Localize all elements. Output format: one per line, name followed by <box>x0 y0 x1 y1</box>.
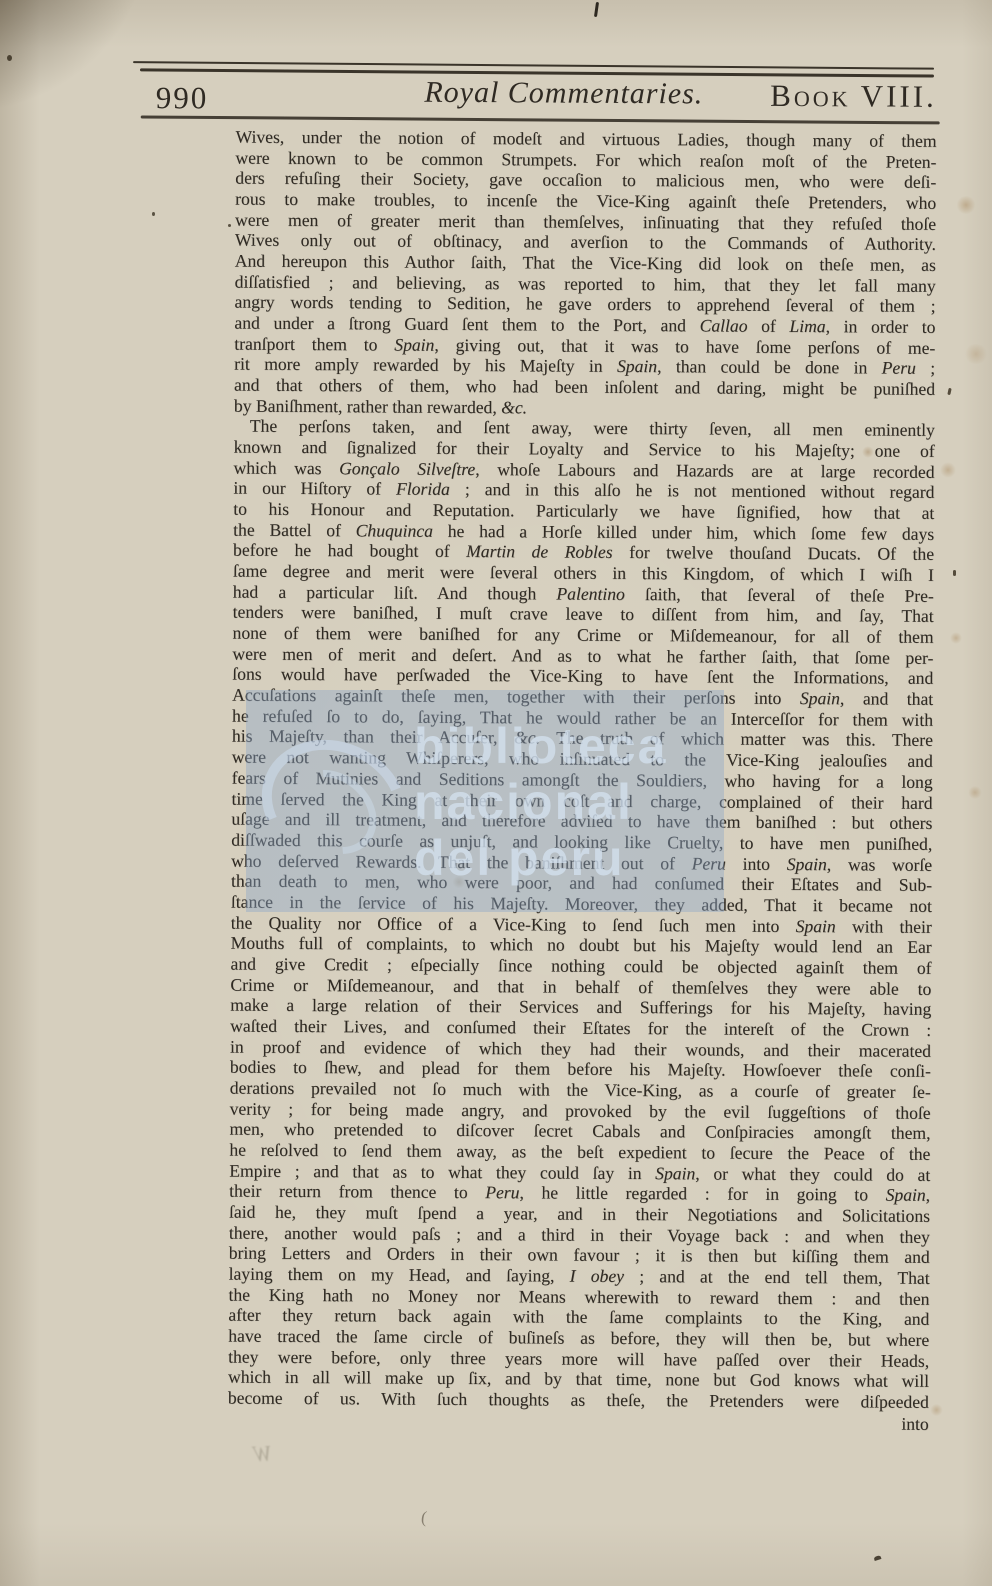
showthrough-mark: W <box>253 1440 273 1467</box>
page-content: 990 Royal Commentaries. Book VIII. Wives… <box>0 0 992 1586</box>
text-line: become of us. With ſuch thoughts as theſ… <box>228 1388 929 1413</box>
page-number: 990 <box>156 80 209 116</box>
header-rule-bottom <box>141 115 940 123</box>
running-title: Royal Commentaries. <box>408 76 720 112</box>
book-label: Book VIII. <box>721 78 937 115</box>
book-page: 990 Royal Commentaries. Book VIII. Wives… <box>0 0 992 1586</box>
body-text: Wives, under the notion of modeſt and vi… <box>228 127 937 1413</box>
stray-ink-mark: ( <box>420 1508 428 1529</box>
catchword: into <box>228 1410 929 1435</box>
